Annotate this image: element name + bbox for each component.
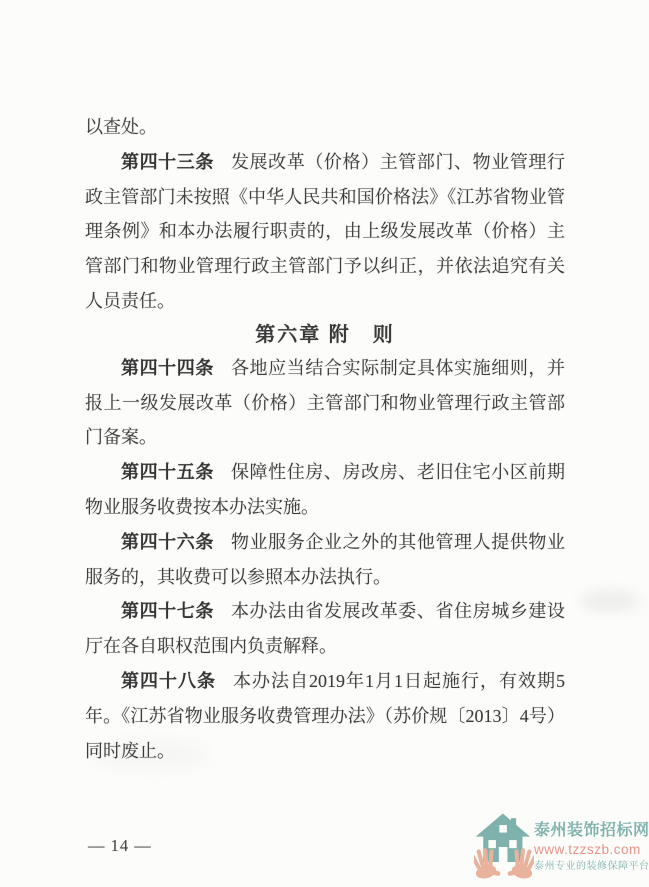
article-47-number: 第四十七条 <box>121 601 214 621</box>
continuation-line: 以查处。 <box>85 110 565 145</box>
article-48-number: 第四十八条 <box>121 671 216 691</box>
article-47: 第四十七条本办法由省发展改革委、省住房城乡建设厅在各自职权范围内负责解释。 <box>85 594 565 664</box>
article-46: 第四十六条物业服务企业之外的其他管理人提供物业服务的，其收费可以参照本办法执行。 <box>85 525 565 595</box>
watermark-url: www.tzzszb.com <box>534 842 649 858</box>
article-44: 第四十四条各地应当结合实际制定具体实施细则，并报上一级发展改革（价格）主管部门和… <box>85 351 565 455</box>
article-43-text: 发展改革（价格）主管部门、物业管理行政主管部门未按照《中华人民共和国价格法》《江… <box>85 152 565 311</box>
document-body: 以查处。 第四十三条发展改革（价格）主管部门、物业管理行政主管部门未按照《中华人… <box>85 110 565 768</box>
watermark-logo: 泰州装饰招标网 www.tzzszb.com 泰州专业的装修保障平台 <box>474 810 646 884</box>
article-43: 第四十三条发展改革（价格）主管部门、物业管理行政主管部门未按照《中华人民共和国价… <box>85 145 565 319</box>
watermark-text: 泰州装饰招标网 www.tzzszb.com 泰州专业的装修保障平台 <box>534 822 649 872</box>
article-43-number: 第四十三条 <box>121 152 214 172</box>
article-44-number: 第四十四条 <box>121 358 214 378</box>
article-48: 第四十八条本办法自2019年1月1日起施行，有效期5年。《江苏省物业服务收费管理… <box>85 664 565 768</box>
watermark-site-name: 泰州装饰招标网 <box>534 822 649 840</box>
chapter-heading: 第六章 附 则 <box>85 319 565 351</box>
article-46-number: 第四十六条 <box>121 532 214 552</box>
watermark-tagline: 泰州专业的装修保障平台 <box>534 861 649 873</box>
scan-artifact <box>580 590 640 612</box>
article-45: 第四十五条保障性住房、房改房、老旧住宅小区前期物业服务收费按本办法实施。 <box>85 455 565 525</box>
page-number: — 14 — <box>88 836 152 856</box>
article-45-number: 第四十五条 <box>121 462 214 482</box>
house-in-hands-icon <box>474 812 534 882</box>
scanned-document-page: 以查处。 第四十三条发展改革（价格）主管部门、物业管理行政主管部门未按照《中华人… <box>0 0 649 887</box>
